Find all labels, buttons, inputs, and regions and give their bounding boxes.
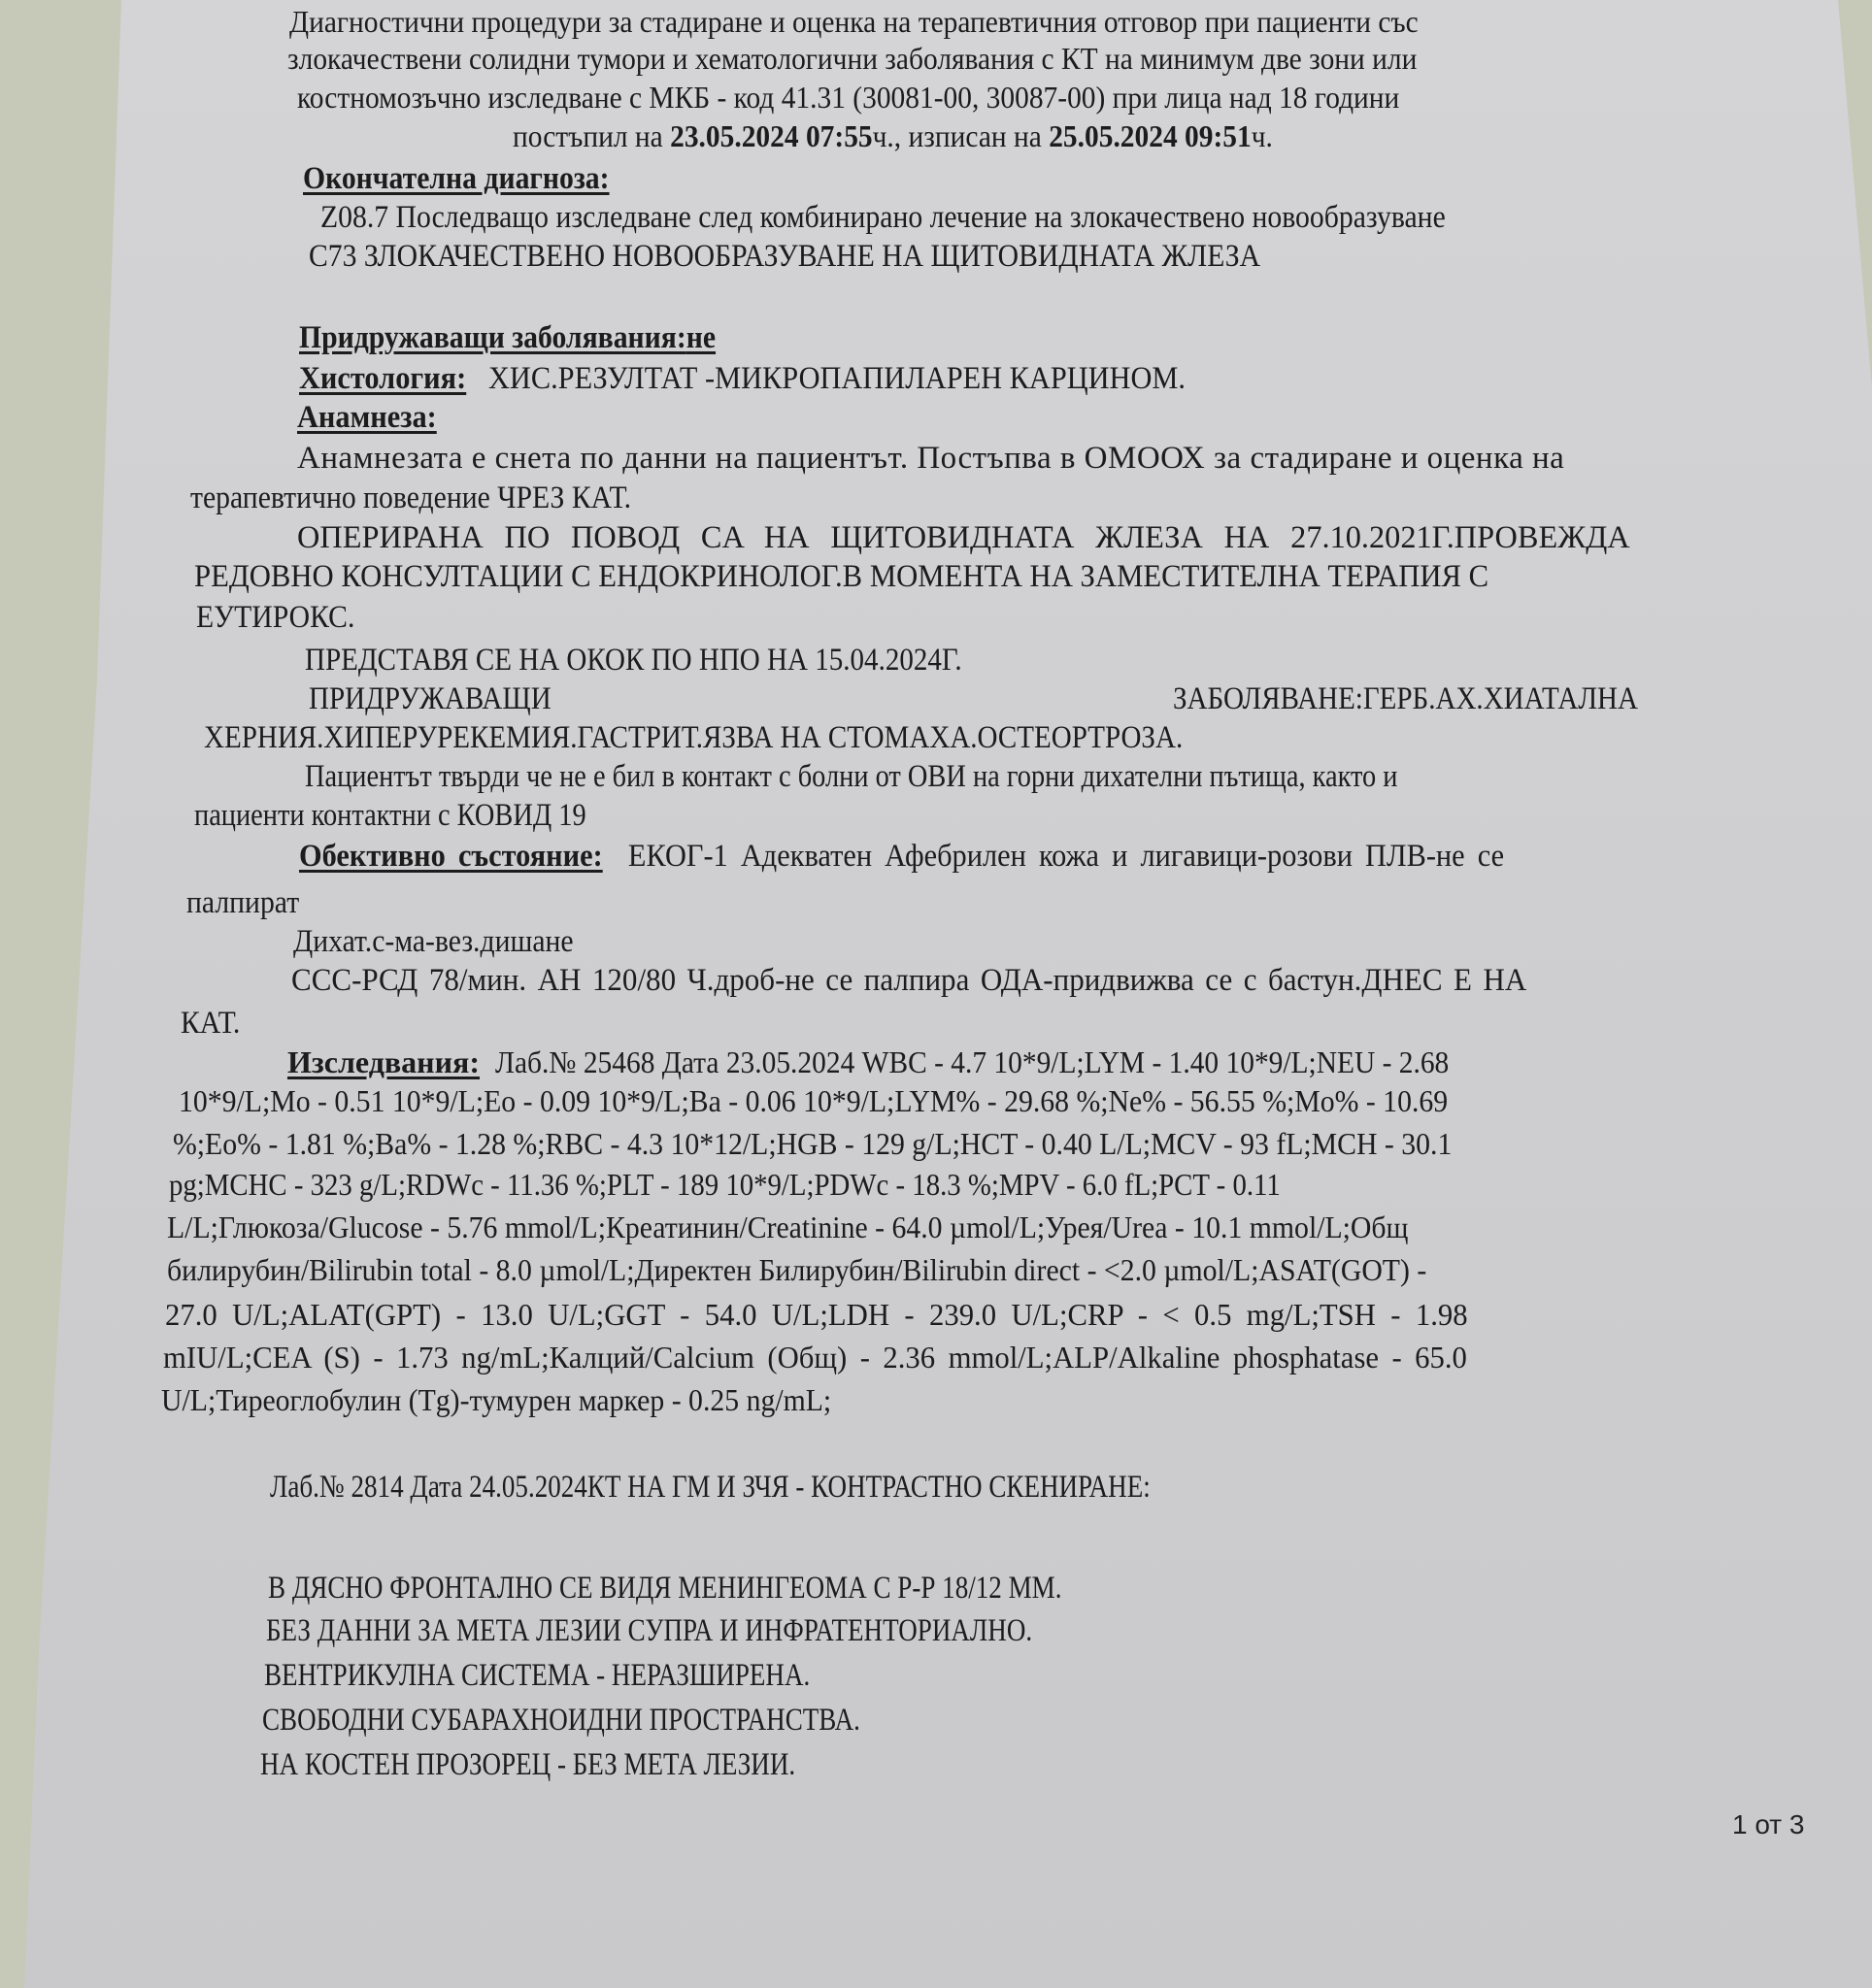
- anamnesis-heading: Анамнеза:: [297, 398, 437, 437]
- lab-results-line: mIU/L;CEA (S) - 1.73 ng/mL;Калций/Calciu…: [163, 1338, 1467, 1376]
- ct-finding: СВОБОДНИ СУБАРАХНОИДНИ ПРОСТРАНСТВА.: [262, 1701, 860, 1739]
- anamnesis-line: ЕУТИРОКС.: [196, 598, 354, 637]
- anamnesis-line: ПРИДРУЖАВАЩИ: [309, 679, 552, 718]
- admitted-label: постъпил на: [513, 118, 670, 153]
- lab-results-line: 27.0 U/L;ALAT(GPT) - 13.0 U/L;GGT - 54.0…: [165, 1295, 1468, 1334]
- objective-status-line: Обективно състояние: ЕКОГ-1 Адекватен Аф…: [299, 837, 1504, 876]
- ct-report-header: Лаб.№ 2814 Дата 24.05.2024КТ НА ГМ И ЗЧЯ…: [270, 1468, 1151, 1507]
- histology-line: Хистология: ХИС.РЕЗУЛТАТ -МИКРОПАПИЛАРЕН…: [299, 359, 1186, 398]
- anamnesis-line: ОПЕРИРАНА ПО ПОВОД CA НА ЩИТОВИДНАТА ЖЛЕ…: [297, 518, 1630, 557]
- investigations-heading: Изследвания:: [287, 1044, 480, 1079]
- admitted-suffix: ч.: [873, 118, 894, 153]
- final-diagnosis-heading: Окончателна диагноза:: [303, 159, 610, 198]
- objective-status-line: ССС-РСД 78/мин. АН 120/80 Ч.дроб-не се п…: [291, 961, 1526, 1000]
- admission-line: постъпил на 23.05.2024 07:55ч., изписан …: [513, 116, 1273, 155]
- anamnesis-line: ЗАБОЛЯВАНЕ:ГЕРБ.АХ.ХИАТАЛНА: [1173, 679, 1638, 718]
- objective-status-line: Дихат.с-ма-вез.дишане: [293, 922, 574, 961]
- header-line-3: костномозъчно изследване с МКБ - код 41.…: [297, 78, 1399, 116]
- histology-value: ХИС.РЕЗУЛТАТ -МИКРОПАПИЛАРЕН КАРЦИНОМ.: [488, 361, 1186, 396]
- ct-finding: В ДЯСНО ФРОНТАЛНО СЕ ВИДЯ МЕНИНГЕОМА С Р…: [268, 1569, 1061, 1607]
- ct-finding: НА КОСТЕН ПРОЗОРЕЦ - БЕЗ МЕТА ЛЕЗИИ.: [260, 1745, 795, 1784]
- lab-results-line: L/L;Глюкоза/Glucose - 5.76 mmol/L;Креати…: [167, 1208, 1408, 1246]
- discharged-label: , изписан на: [894, 118, 1049, 153]
- page-indicator: 1 от 3: [1732, 1809, 1804, 1840]
- anamnesis-line: ПРЕДСТАВЯ СЕ НА ОКОК ПО НПО НА 15.04.202…: [305, 641, 962, 679]
- anamnesis-line: РЕДОВНО КОНСУЛТАЦИИ С ЕНДОКРИНОЛОГ.В МОМ…: [194, 557, 1488, 596]
- header-line-1: Диагностични процедури за стадиране и оц…: [289, 2, 1419, 41]
- discharged-suffix: ч.: [1252, 118, 1273, 153]
- discharged-datetime: 25.05.2024 09:51: [1049, 118, 1252, 153]
- anamnesis-line: пациенти контактни с КОВИД 19: [194, 796, 586, 835]
- comorbidities-value: не: [686, 320, 716, 355]
- lab-results-line: %;Eo% - 1.81 %;Ba% - 1.28 %;RBC - 4.3 10…: [173, 1124, 1452, 1163]
- diagnosis-item: C73 ЗЛОКАЧЕСТВЕНО НОВООБРАЗУВАНЕ НА ЩИТО…: [309, 237, 1260, 276]
- objective-status-line: палпират: [186, 883, 299, 922]
- diagnosis-item: Z08.7 Последващо изследване след комбини…: [320, 198, 1446, 237]
- comorbidities-heading: Придружаващи заболявания:не: [299, 318, 716, 357]
- objective-status-heading: Обективно състояние:: [299, 839, 603, 874]
- lab-results-line: билирубин/Bilirubin total - 8.0 µmol/L;Д…: [167, 1250, 1426, 1289]
- histology-heading: Хистология:: [299, 361, 466, 396]
- ct-finding: ВЕНТРИКУЛНА СИСТЕМА - НЕРАЗШИРЕНА.: [264, 1656, 810, 1695]
- lab-results-line: 10*9/L;Mo - 0.51 10*9/L;Eo - 0.09 10*9/L…: [179, 1081, 1448, 1120]
- investigations-line: Изследвания: Лаб.№ 25468 Дата 23.05.2024…: [287, 1043, 1532, 1081]
- ct-finding: БЕЗ ДАННИ ЗА МЕТА ЛЕЗИИ СУПРА И ИНФРАТЕН…: [266, 1611, 1032, 1650]
- anamnesis-line: терапевтично поведение ЧРЕЗ КАТ.: [190, 479, 631, 517]
- lab-results-line: pg;MCHC - 323 g/L;RDWc - 11.36 %;PLT - 1…: [169, 1165, 1281, 1204]
- anamnesis-line: Пациентът твърди че не е бил в контакт с…: [305, 757, 1398, 796]
- lab-results-line: U/L;Тиреоглобулин (Tg)-тумурен маркер - …: [161, 1380, 831, 1419]
- anamnesis-line: Анамнезата е снета по данни на пациентът…: [297, 439, 1754, 478]
- objective-status-line: КАТ.: [181, 1004, 240, 1043]
- lab-results-text: Лаб.№ 25468 Дата 23.05.2024 WBC - 4.7 10…: [495, 1043, 1449, 1081]
- admitted-datetime: 23.05.2024 07:55: [670, 118, 873, 153]
- objective-status-text: ЕКОГ-1 Адекватен Афебрилен кожа и лигави…: [628, 839, 1504, 874]
- header-line-2: злокачествени солидни тумори и хематолог…: [287, 39, 1417, 78]
- anamnesis-line: ХЕРНИЯ.ХИПЕРУРЕКЕМИЯ.ГАСТРИТ.ЯЗВА НА СТО…: [204, 718, 1183, 757]
